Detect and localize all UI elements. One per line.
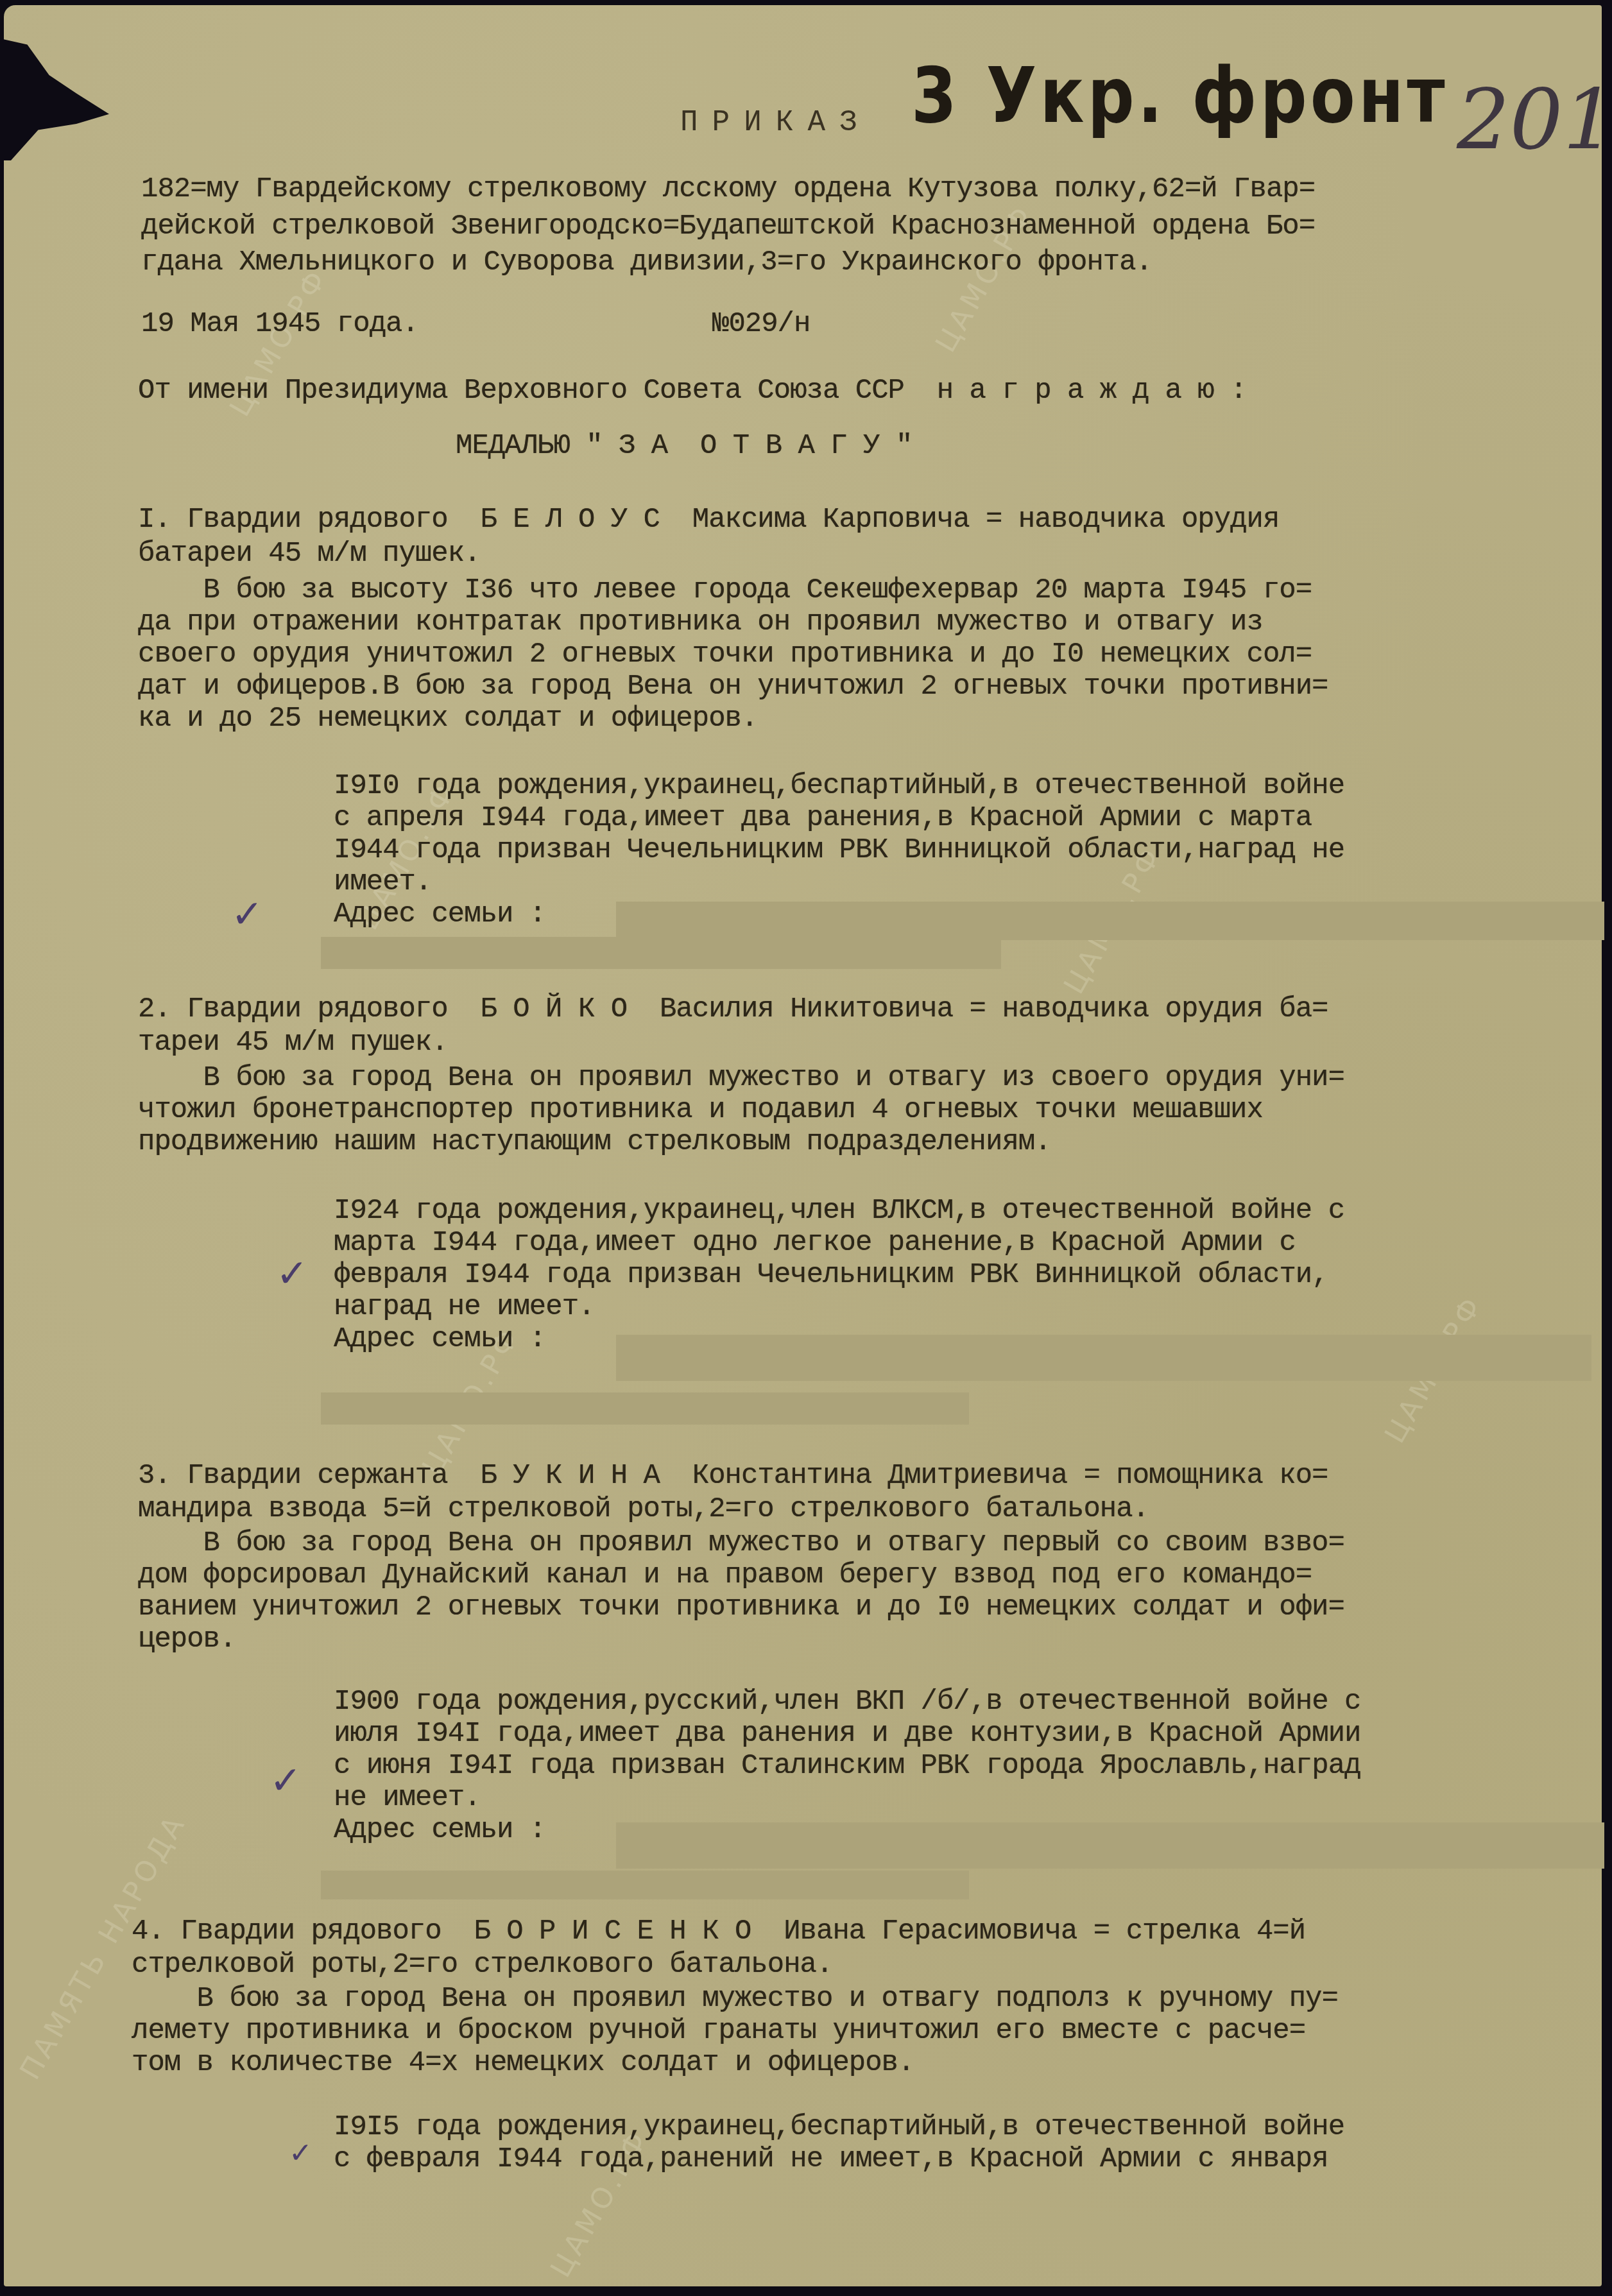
entry-2-heading: 2. Гвардии рядового Б О Й К О Василия Ни…	[138, 993, 1328, 1025]
addressee-line: 182=му Гвардейскому стрелковому лсскому …	[141, 173, 1315, 205]
entry-1-feat: своего орудия уничтожил 2 огневых точки …	[138, 638, 1312, 671]
entry-4-heading: стрелковой роты,2=го стрелкового батальо…	[132, 1949, 832, 1981]
entry-4-feat: том в количестве 4=х немецких солдат и о…	[132, 2047, 914, 2079]
entry-1-address-label: Адрес семьи :	[334, 898, 545, 930]
entry-1-feat: да при отражении контратак противника он…	[138, 606, 1263, 638]
redacted-address	[616, 1335, 1591, 1381]
entry-1-feat: В бою за высоту I36 что левее города Сек…	[138, 574, 1312, 606]
entry-1-feat: ка и до 25 немецких солдат и офицеров.	[138, 703, 757, 735]
front-stamp: 3 Укр. фронт	[911, 51, 1448, 141]
entry-3-address-label: Адрес семьи :	[334, 1814, 545, 1846]
entry-1-heading: батареи 45 м/м пушек.	[138, 538, 481, 570]
entry-3-feat: церов.	[138, 1623, 236, 1656]
entry-4-bio: I9I5 года рождения,украинец,беспартийный…	[334, 2111, 1344, 2143]
entry-2-bio: наград не имеет.	[334, 1291, 594, 1323]
entry-2-feat: продвижению нашим наступающим стрелковым…	[138, 1126, 1051, 1158]
addressee-line: гдана Хмельницкого и Суворова дивизии,3=…	[141, 246, 1152, 278]
order-title: ПРИКАЗ	[680, 106, 871, 139]
entry-3-bio: с июня I94I года призван Сталинским РВК …	[334, 1750, 1360, 1782]
entry-4-heading: 4. Гвардии рядового Б О Р И С Е Н К О Ив…	[132, 1915, 1305, 1948]
entry-2-feat: В бою за город Вена он проявил мужество …	[138, 1062, 1344, 1094]
check-mark-icon: ✓	[276, 1251, 308, 1296]
order-date: 19 Мая 1945 года.	[141, 308, 418, 340]
entry-4-bio: с февраля I944 года,ранений не имеет,в К…	[334, 2143, 1328, 2175]
entry-4-feat: лемету противника и броском ручной грана…	[132, 2015, 1305, 2047]
entry-3-bio: не имеет.	[334, 1782, 481, 1814]
entry-3-feat: ванием уничтожил 2 огневых точки противн…	[138, 1591, 1344, 1623]
entry-3-bio: июля I94I года,имеет два ранения и две к…	[334, 1718, 1360, 1750]
entry-2-address-label: Адрес семьи :	[334, 1323, 545, 1355]
redacted-address	[321, 1392, 969, 1425]
redacted-address	[616, 902, 1604, 940]
entry-1-bio: с апреля I944 года,имеет два ранения,в К…	[334, 802, 1312, 834]
handwritten-page-number: 201	[1457, 71, 1612, 168]
redacted-address	[321, 1871, 969, 1899]
entry-2-bio: марта I944 года,имеет одно легкое ранени…	[334, 1227, 1296, 1259]
entry-3-feat: дом форсировал Дунайский канал и на прав…	[138, 1559, 1312, 1591]
entry-2-feat: чтожил бронетранспортер противника и под…	[138, 1094, 1263, 1126]
award-name: МЕДАЛЬЮ " З А О Т В А Г У "	[456, 430, 912, 462]
entry-1-bio: I944 года призван Чечельницким РВК Винни…	[334, 834, 1344, 866]
entry-3-heading: 3. Гвардии сержанта Б У К И Н А Констант…	[138, 1460, 1328, 1492]
check-mark-icon: ✓	[270, 1758, 302, 1803]
order-number: №029/н	[712, 308, 810, 340]
entry-2-bio: февраля I944 года призван Чечельницким Р…	[334, 1259, 1328, 1291]
check-mark-icon: ✓	[231, 892, 263, 937]
entry-3-bio: I900 года рождения,русский,член ВКП /б/,…	[334, 1686, 1360, 1718]
entry-1-feat: дат и офицеров.В бою за город Вена он ун…	[138, 671, 1328, 703]
entry-1-heading: I. Гвардии рядового Б Е Л О У С Максима …	[138, 504, 1279, 536]
entry-2-heading: тареи 45 м/м пушек.	[138, 1027, 448, 1059]
entry-3-heading: мандира взвода 5=й стрелковой роты,2=го …	[138, 1493, 1149, 1525]
entry-4-feat: В бою за город Вена он проявил мужество …	[132, 1983, 1338, 2015]
redacted-address	[321, 937, 1001, 969]
entry-1-bio: I9I0 года рождения,украинец,беспартийный…	[334, 770, 1344, 802]
entry-1-bio: имеет.	[334, 866, 431, 898]
entry-2-bio: I924 года рождения,украинец,член ВЛКСМ,в…	[334, 1195, 1344, 1227]
addressee-line: дейской стрелковой Звенигородско=Будапеш…	[141, 210, 1315, 243]
check-mark-icon: ✓	[289, 2137, 313, 2170]
entry-3-feat: В бою за город Вена он проявил мужество …	[138, 1527, 1344, 1559]
redacted-address	[616, 1822, 1604, 1869]
preamble: От имени Президиума Верховного Совета Со…	[138, 375, 1247, 407]
